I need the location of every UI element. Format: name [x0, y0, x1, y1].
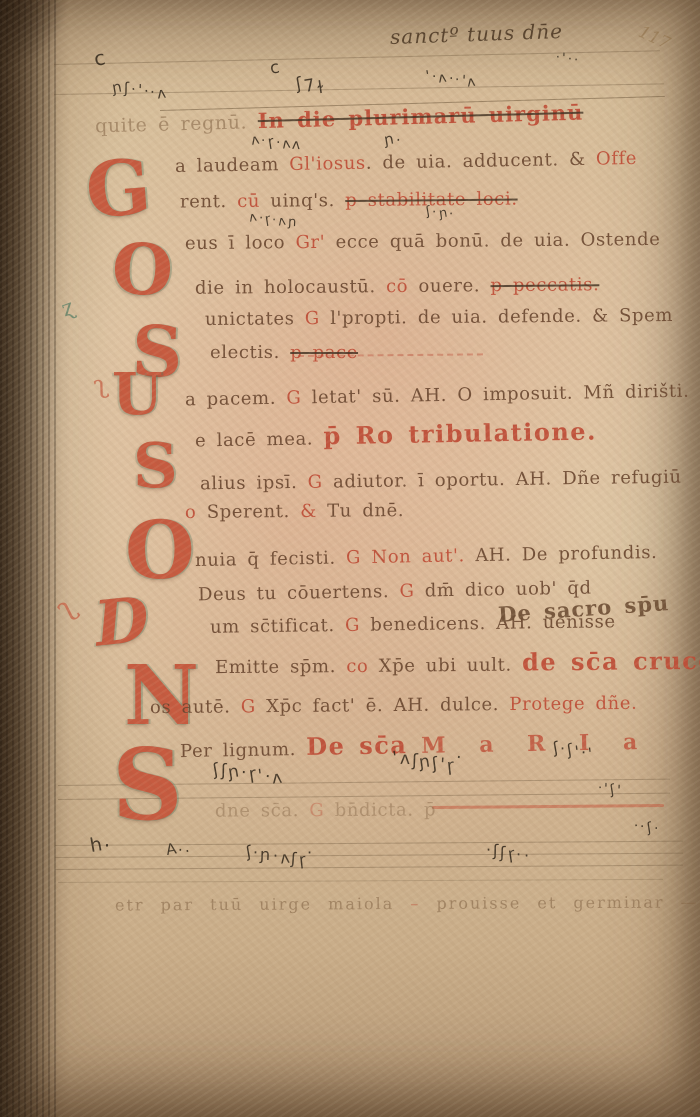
- clef-letter: c: [94, 50, 107, 74]
- text-segment: &: [300, 501, 327, 522]
- text-segment: p peccatis.: [490, 274, 599, 296]
- decorated-initial: S: [133, 438, 178, 494]
- manuscript-line: nuia q̄ fecisti. G Non aut'. AH. De prof…: [195, 542, 658, 571]
- text-segment: prouisse et germinar —: [436, 892, 698, 912]
- neume-row: ʌ·ɼ·ʌɲ: [249, 214, 298, 229]
- flourish-mark: ʅ: [48, 589, 82, 625]
- text-segment: e lacē mea.: [195, 428, 324, 451]
- folio-number: 117: [635, 22, 673, 54]
- staff-line: [55, 865, 683, 870]
- neume-row: ʃʃɲ·ɼ '·ʌ: [213, 764, 284, 784]
- decorated-initial: O: [110, 236, 174, 302]
- manuscript-line: unictates G l'propti. de uia. defende. &…: [205, 305, 673, 330]
- text-segment: cō: [386, 276, 408, 297]
- text-segment: ouere.: [408, 275, 490, 297]
- neume-row: ʃ·ɲ·: [426, 208, 455, 223]
- text-segment: ecce quā bonū. de uia. Ostende: [325, 229, 660, 253]
- text-segment: alius ipsī.: [200, 472, 308, 495]
- flourish-mark: ɀ: [58, 295, 77, 322]
- text-segment: a pacem.: [185, 388, 287, 411]
- staff-line: [55, 853, 683, 858]
- text-segment: dne sc̄a.: [215, 800, 309, 821]
- neume-row: ʌ·ɼ·ʌʌ: [251, 136, 303, 152]
- text-segment: Deus tu cōuertens.: [198, 581, 400, 606]
- neume-row: ɲ·: [384, 134, 402, 152]
- text-segment: G: [305, 308, 320, 329]
- neume-row: A··: [166, 844, 192, 862]
- manuscript-line: o Sperent. & Tu dnē.: [185, 500, 404, 523]
- text-segment: –: [410, 894, 436, 913]
- decorated-initial: O: [125, 514, 195, 586]
- neume-row: ·'··: [556, 54, 580, 69]
- manuscript-line: etr par tuū uirge maiola – prouisse et g…: [115, 892, 699, 914]
- decorated-initial: G: [84, 153, 154, 226]
- decorated-initial: S: [112, 742, 183, 830]
- neume-row: 'ʌ ʃɲ ʃ'ɼ·: [393, 752, 463, 772]
- text-segment: G: [399, 581, 414, 602]
- text-segment: . de uia. adducent. &: [366, 149, 597, 174]
- manuscript-line: quite ē regnū. In die plurimarū uirginū: [95, 100, 584, 138]
- text-segment: unictates: [205, 308, 305, 330]
- text-segment: G: [308, 472, 323, 493]
- text-segment: eus ī loco: [185, 232, 296, 254]
- text-segment: Xp̄c fact' ē. AH. dulce.: [256, 694, 510, 717]
- neume-row: ʃ· ɲ· ʌʃɼ ·: [246, 846, 314, 865]
- text-segment: G: [345, 615, 360, 636]
- text-segment: de sc̄a cruce: [522, 646, 700, 677]
- text-segment: G: [241, 696, 256, 717]
- manuscript-line: e lacē mea. p̄ Ro tribulatione.: [195, 416, 597, 452]
- text-segment: Tu dnē.: [327, 500, 404, 522]
- text-segment: die in holocaustū.: [195, 276, 386, 299]
- neume-row: '·ʌ··'ʌ: [426, 72, 478, 88]
- staff-line: [58, 879, 663, 883]
- manuscript-line: a laudeam Gl'iosus. de uia. adducent. & …: [175, 148, 637, 177]
- neume-row: h·: [90, 838, 112, 860]
- text-segment: a laudeam: [175, 154, 290, 177]
- neume-row: ··ʃ·: [634, 822, 660, 838]
- text-segment: Emitte sp̄m.: [215, 656, 346, 678]
- manuscript-line: electis. p pace: [210, 342, 358, 363]
- header-inscription: sanctº tuus dn̄e: [390, 19, 564, 49]
- text-segment: G: [309, 800, 324, 821]
- manuscript-line: os autē. G Xp̄c fact' ē. AH. dulce. Prot…: [150, 693, 638, 718]
- neume-row: ʃ 7 ɫ: [296, 78, 325, 98]
- decorated-initial: D: [92, 591, 151, 652]
- text-segment: G Non aut'.: [346, 545, 476, 568]
- text-segment: os autē.: [150, 696, 241, 718]
- text-segment: Per lignum.: [180, 739, 307, 762]
- text-segment: In die plurimarū uirginū: [257, 100, 583, 134]
- book-spine-shadow: [0, 0, 58, 1117]
- neume-row: ·ʃ ʃɼ··: [486, 844, 531, 863]
- manuscript-line: alius ipsī. G adiutor. ī oportu. AH. Dñe…: [200, 467, 682, 495]
- text-segment: Mñ dirišti.: [583, 381, 689, 404]
- neume-row: ɲʃ·'··ʌ: [112, 82, 168, 100]
- text-segment: p̄ Ro tribulatione.: [323, 416, 597, 450]
- text-segment: quite ē regnū.: [95, 111, 258, 137]
- text-segment: o: [185, 502, 207, 523]
- flourish-mark: ʅ: [90, 369, 110, 401]
- manuscript-line: dne sc̄a. G bn̄dicta. p̄: [215, 799, 436, 821]
- manuscript-line: eus ī loco Gr' ecce quā bonū. de uia. Os…: [185, 229, 661, 254]
- text-segment: p pace: [290, 342, 358, 363]
- text-segment: Gl'iosus: [289, 153, 366, 175]
- text-segment: l'propti. de uia. defende. & Spem: [320, 305, 673, 329]
- text-segment: AH. De profundis.: [475, 542, 658, 566]
- text-segment: letat' sū. AH. O imposuit.: [301, 382, 583, 408]
- manuscript-line: Emitte sp̄m. co Xp̄e ubi uult. de sc̄a c…: [215, 646, 700, 679]
- text-segment: co: [346, 656, 368, 677]
- manuscript-page: sanctº tuus dn̄e 117 G O S U S O D N S ɀ…: [0, 0, 700, 1117]
- clef-letter: c: [270, 62, 281, 82]
- text-segment: nuia q̄ fecisti.: [195, 547, 346, 571]
- text-segment: etr par tuū uirge maiola: [115, 894, 410, 915]
- text-segment: Xp̄e ubi uult.: [368, 655, 522, 677]
- text-segment: um sc̄tificat.: [210, 615, 345, 638]
- red-strike-rule: [432, 804, 664, 809]
- neume-row: ·'ʃ': [598, 784, 623, 800]
- manuscript-line: a pacem. G letat' sū. AH. O imposuit. Mñ…: [185, 381, 690, 411]
- text-segment: Gr': [295, 232, 325, 253]
- text-segment: uinq's.: [260, 190, 345, 212]
- text-segment: adiutor. ī oportu. AH. Dñe refugiū: [323, 467, 682, 493]
- manuscript-line: rent. cū uinq's. p stabilitate loci.: [180, 189, 518, 213]
- text-segment: G: [286, 387, 301, 408]
- text-segment: Protege dñe.: [509, 693, 637, 715]
- text-segment: rent.: [180, 191, 237, 212]
- text-segment: Sperent.: [207, 501, 301, 523]
- text-segment: Offe: [596, 148, 638, 170]
- decorated-initial: U: [112, 368, 163, 420]
- manuscript-line: die in holocaustū. cō ouere. p peccatis.: [195, 274, 600, 299]
- text-segment: bn̄dicta. p̄: [324, 799, 436, 821]
- neume-row: ʃ·ʃ '·': [553, 742, 595, 761]
- text-segment: electis.: [210, 342, 290, 363]
